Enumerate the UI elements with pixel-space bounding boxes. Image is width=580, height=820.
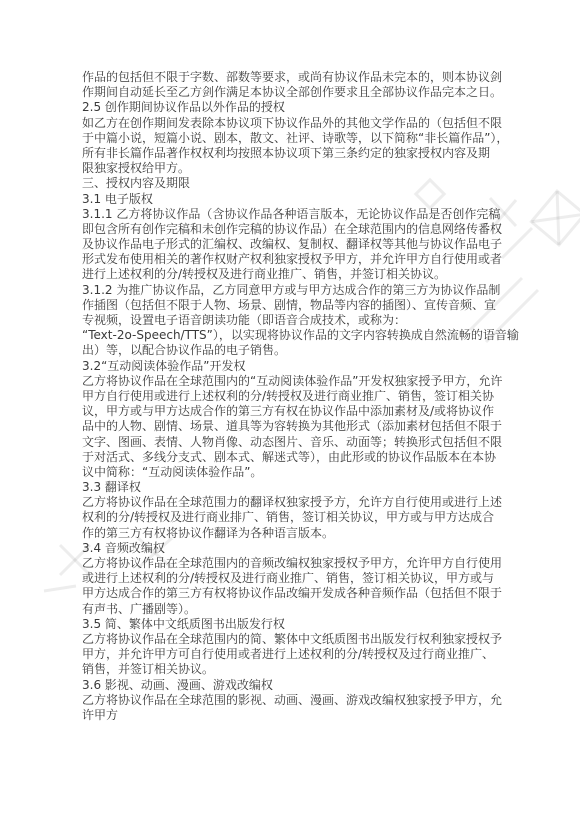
text-line: 3.3 翻译权 (82, 480, 510, 495)
text-line: 作品的包括但不限于字数、部数等要求，或尚有协议作品未完本的，则本协议剑 (82, 70, 510, 85)
text-line: 乙方将协议作品在全球范围内的“互动阅读体验作品”开发权独家授予甲方，允许 (82, 374, 510, 389)
text-line: 3.2“互动阅读体验作品”开发权 (82, 359, 510, 374)
text-line: 议，甲方或与甲方达成合作的第三方有权在协议作品中添加素材及/或将协议作 (82, 404, 510, 419)
text-line: 作的第三方有权将协议作翻译为各种语言版本。 (82, 526, 510, 541)
text-line: 许甲方 (82, 708, 510, 723)
text-line: 形式发布使用相关的著作权财产权利独家授权予甲方，并允许甲方自行使用或者 (82, 252, 510, 267)
text-line: 所有非长篇作品著作权权利均按照本协议项下第三条约定的独家授权内容及期 (82, 146, 510, 161)
text-line: 3.1.2 为推广协议作品，乙方同意甲方或与甲方达成合作的第三方为协议作品制 (82, 283, 510, 298)
text-line: 作插图（包括但不限于人物、场景、剧情，物品等内容的插图）、宣传音频、宣 (82, 298, 510, 313)
text-line: 专视频，设置电子语音朗读功能（即语音合成技术，或称为： (82, 313, 510, 328)
text-line: 即包含所有创作完稿和未创作完稿的协议作品）在全球范围内的信息网络传番权 (82, 222, 510, 237)
document-page: 作品的包括但不限于字数、部数等要求，或尚有协议作品未完本的，则本协议剑作期间自动… (0, 0, 580, 820)
text-line: 及协议作品电子形式的汇编权、改编权、复制权、翻译权等其他与协议作品电子 (82, 237, 510, 252)
text-line: 3.6 影视、动画、漫画、游戏改编权 (82, 678, 510, 693)
text-line: 乙方将协议作品在全球范围力的翻译权独家授予方，允许方自行使用或进行上述 (82, 495, 510, 510)
text-line: 乙方将协议作品在全球范围内的音频改编权独家授权予甲方，允许甲方自行使用 (82, 556, 510, 571)
text-line: 作期间自动延长至乙方剑作满足本协议全部创作要求且全部协议作品完本之日。 (82, 85, 510, 100)
text-line: 品中的人物、剧情、场景、道具等为容转换为其他形式（添加素材包括但不限于 (82, 419, 510, 434)
text-line: 销售，并签订相关协议。 (82, 662, 510, 677)
text-line: 限独家授权给甲方。 (82, 161, 510, 176)
contract-text: 作品的包括但不限于字数、部数等要求，或尚有协议作品未完本的，则本协议剑作期间自动… (82, 70, 510, 723)
text-line: 于对活式、多线分支式、剧本式、解迷式等），由此形或的协议作品版本在本协 (82, 450, 510, 465)
text-line: 于中篇小说，短篇小说、剧本，散文、社评、诗歌等，以下简称“非长篇作品”）， (82, 131, 510, 146)
text-line: 权利的分/转授权及进行商业排广、销售，签订相关协议，甲方或与甲方达成合 (82, 510, 510, 525)
text-line: 或进行上述权利的分/转授权及进行商业推广、销售，签订相关协议，甲方或与 (82, 571, 510, 586)
text-line: 文字、图画、表情、人物肖像、动态图片、音乐、动面等；转换形式包括但不限 (82, 435, 510, 450)
text-line: 2.5 创作期间协议作品以外作品的授权 (82, 100, 510, 115)
text-line: 乙方将协议作品在全球范围的影视、动画、漫画、游戏改编权独家授予甲方，允 (82, 693, 510, 708)
text-line: 三、授权内容及期限 (82, 176, 510, 191)
text-line: 甲方，并允许甲方可自行使用或者进行上述权利的分/转授权及过行商业推广、 (82, 647, 510, 662)
text-line: 3.5 简、繁体中文纸质图书出版发行权 (82, 617, 510, 632)
text-line: 甲方达成合作的第三方有权将协议作品改编开发成各种音频作品（包括但不限于 (82, 586, 510, 601)
text-line: 3.1 电子版权 (82, 192, 510, 207)
text-line: 有声书、广播剧等）。 (82, 602, 510, 617)
text-line: 进行上述权利的分/转授权及进行商业推广、销售，并签订相关协议。 (82, 267, 510, 282)
text-line: 甲方自行使用或进行上述权利的分/转授权及进行商业推广、销售，签订相关协 (82, 389, 510, 404)
text-line: 议中简称：“互动阅读体验作品”。 (82, 465, 510, 480)
text-line: 3.4 音频改编权 (82, 541, 510, 556)
text-line: 3.1.1 乙方将协议作品（含协议作品各种语言版本，无论协议作品是否创作完稿 (82, 207, 510, 222)
text-line: 乙方将协议作品在全球范围内的简、繁体中文纸质图书出版发行权利独家授权予 (82, 632, 510, 647)
text-line: 如乙方在创作期间发表除本协议项下协议作品外的其他文学作品的（包括但不限 (82, 116, 510, 131)
text-line: 出）等，以配合协议作品的电子销售。 (82, 343, 510, 358)
text-line: “Text-2o-Speech/TTS”），以实现将协议作品的文字内容转换成自然… (82, 328, 510, 343)
